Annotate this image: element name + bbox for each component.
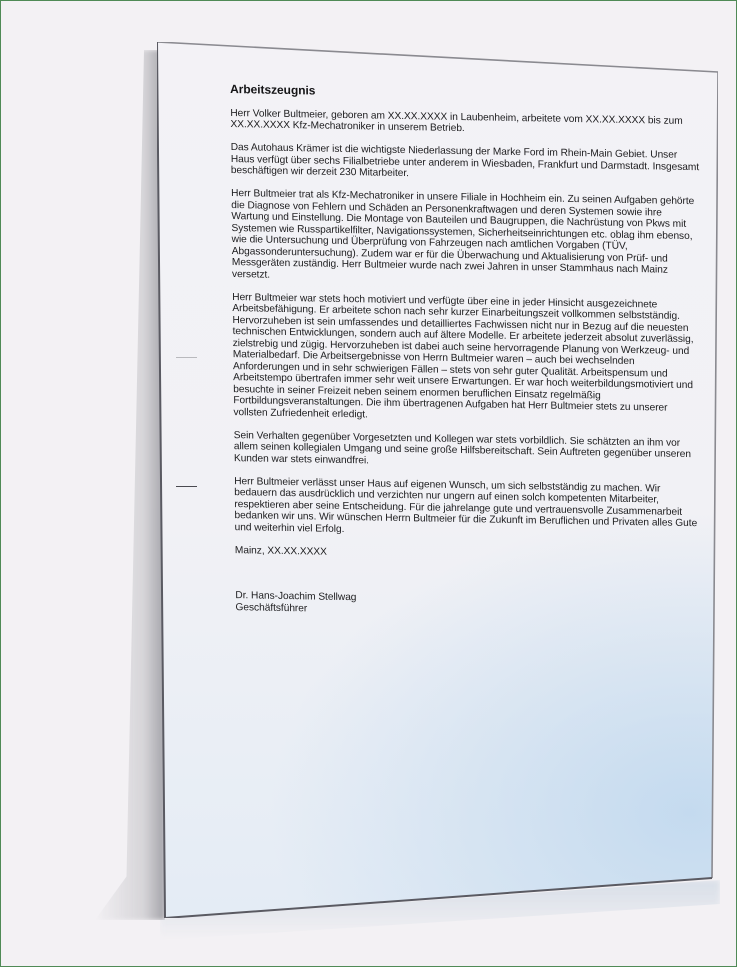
paragraph-intro: Herr Volker Bultmeier, geboren am XX.XX.… bbox=[230, 108, 720, 140]
reference-letter: Arbeitszeugnis Herr Volker Bultmeier, ge… bbox=[230, 84, 726, 622]
punch-mark bbox=[176, 486, 197, 487]
paragraph-company: Das Autohaus Krämer ist die wichtigste N… bbox=[231, 142, 721, 185]
place-date: Mainz, XX.XX.XXXX bbox=[235, 545, 725, 565]
paragraph-closing: Herr Bultmeier verlässt unser Haus auf e… bbox=[234, 476, 725, 542]
page-shadow-left bbox=[95, 50, 165, 920]
paragraph-performance: Herr Bultmeier war stets hoch motiviert … bbox=[232, 292, 723, 427]
paragraph-conduct: Sein Verhalten gegenüber Vorgesetzten un… bbox=[234, 430, 724, 473]
fold-mark-top bbox=[176, 357, 197, 358]
paragraph-duties: Herr Bultmeier trat als Kfz-Mechatronike… bbox=[231, 188, 722, 289]
